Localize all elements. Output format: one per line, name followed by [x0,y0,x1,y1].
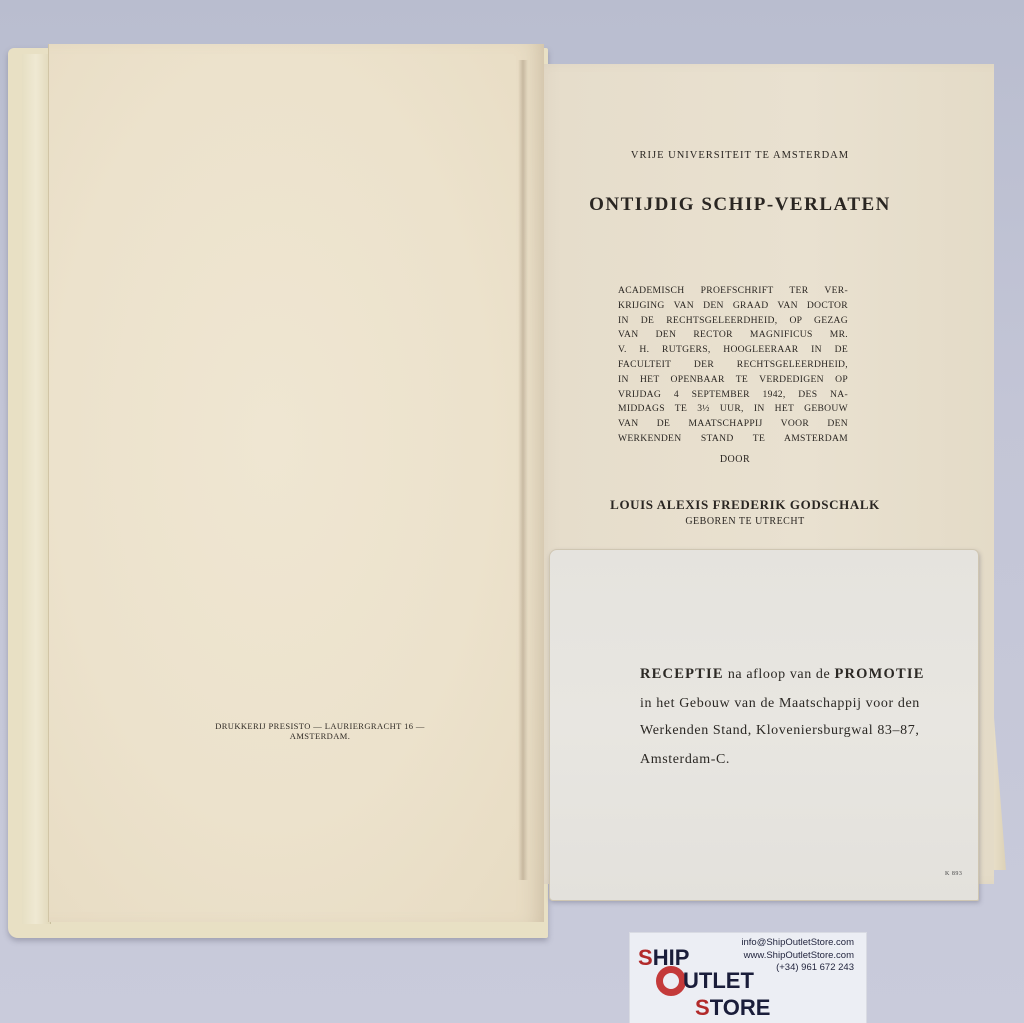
lifebuoy-icon [656,966,686,996]
thesis-line: KRIJGING VAN DEN GRAAD VAN DOCTOR [618,299,848,314]
logo-store: STORE [695,995,770,1021]
thesis-line: MIDDAGS TE 3½ UUR, IN HET GEBOUW [618,402,848,417]
thesis-line: FACULTEIT DER RECHTSGELEERDHEID, [618,358,848,373]
by-label: DOOR [700,454,770,465]
logo-outlet: UTLET [683,968,754,994]
book-cover-edge [22,54,51,924]
thesis-line: V. H. RUTGERS, HOOGLEERAAR IN DE [618,343,848,358]
author-birthplace: GEBOREN TE UTRECHT [655,516,835,527]
reception-line-2: in het Gebouw van de Maatschappij voor d… [640,696,920,712]
thesis-title: ONTIJDIG SCHIP-VERLATEN [580,194,900,216]
store-website: www.ShipOutletStore.com [744,950,854,961]
reception-line-3: Werkenden Stand, Kloveniersburgwal 83–87… [640,723,919,739]
store-phone: (+34) 961 672 243 [776,962,854,973]
reception-line-4: Amsterdam-C. [640,752,730,768]
reception-word: RECEPTIE [640,666,724,682]
thesis-statement: ACADEMISCH PROEFSCHRIFT TER VER- KRIJGIN… [618,284,848,447]
thesis-line: VAN DE MAATSCHAPPIJ VOOR DEN [618,417,848,432]
thesis-line: VRIJDAG 4 SEPTEMBER 1942, DES NA- [618,388,848,403]
thesis-line: ACADEMISCH PROEFSCHRIFT TER VER- [618,284,848,299]
thesis-line: IN HET OPENBAAR TE VERDEDIGEN OP [618,373,848,388]
book-gutter [518,60,528,880]
author-name: LOUIS ALEXIS FREDERIK GODSCHALK [610,497,880,513]
thesis-line: VAN DEN RECTOR MAGNIFICUS MR. [618,328,848,343]
store-email: info@ShipOutletStore.com [741,937,854,948]
left-page [48,44,544,922]
card-print-code: K 893 [945,871,962,877]
promotion-word: PROMOTIE [834,666,924,682]
reception-line-1: RECEPTIE na afloop van de PROMOTIE [640,666,925,683]
university-name: VRIJE UNIVERSITEIT TE AMSTERDAM [600,150,880,161]
printer-imprint: DRUKKERIJ PRESISTO — LAURIERGRACHT 16 — … [185,721,455,741]
reception-connector: na afloop van de [724,667,835,682]
thesis-line: IN DE RECHTSGELEERDHEID, OP GEZAG [618,314,848,329]
thesis-line: WERKENDEN STAND TE AMSTERDAM [618,432,848,447]
